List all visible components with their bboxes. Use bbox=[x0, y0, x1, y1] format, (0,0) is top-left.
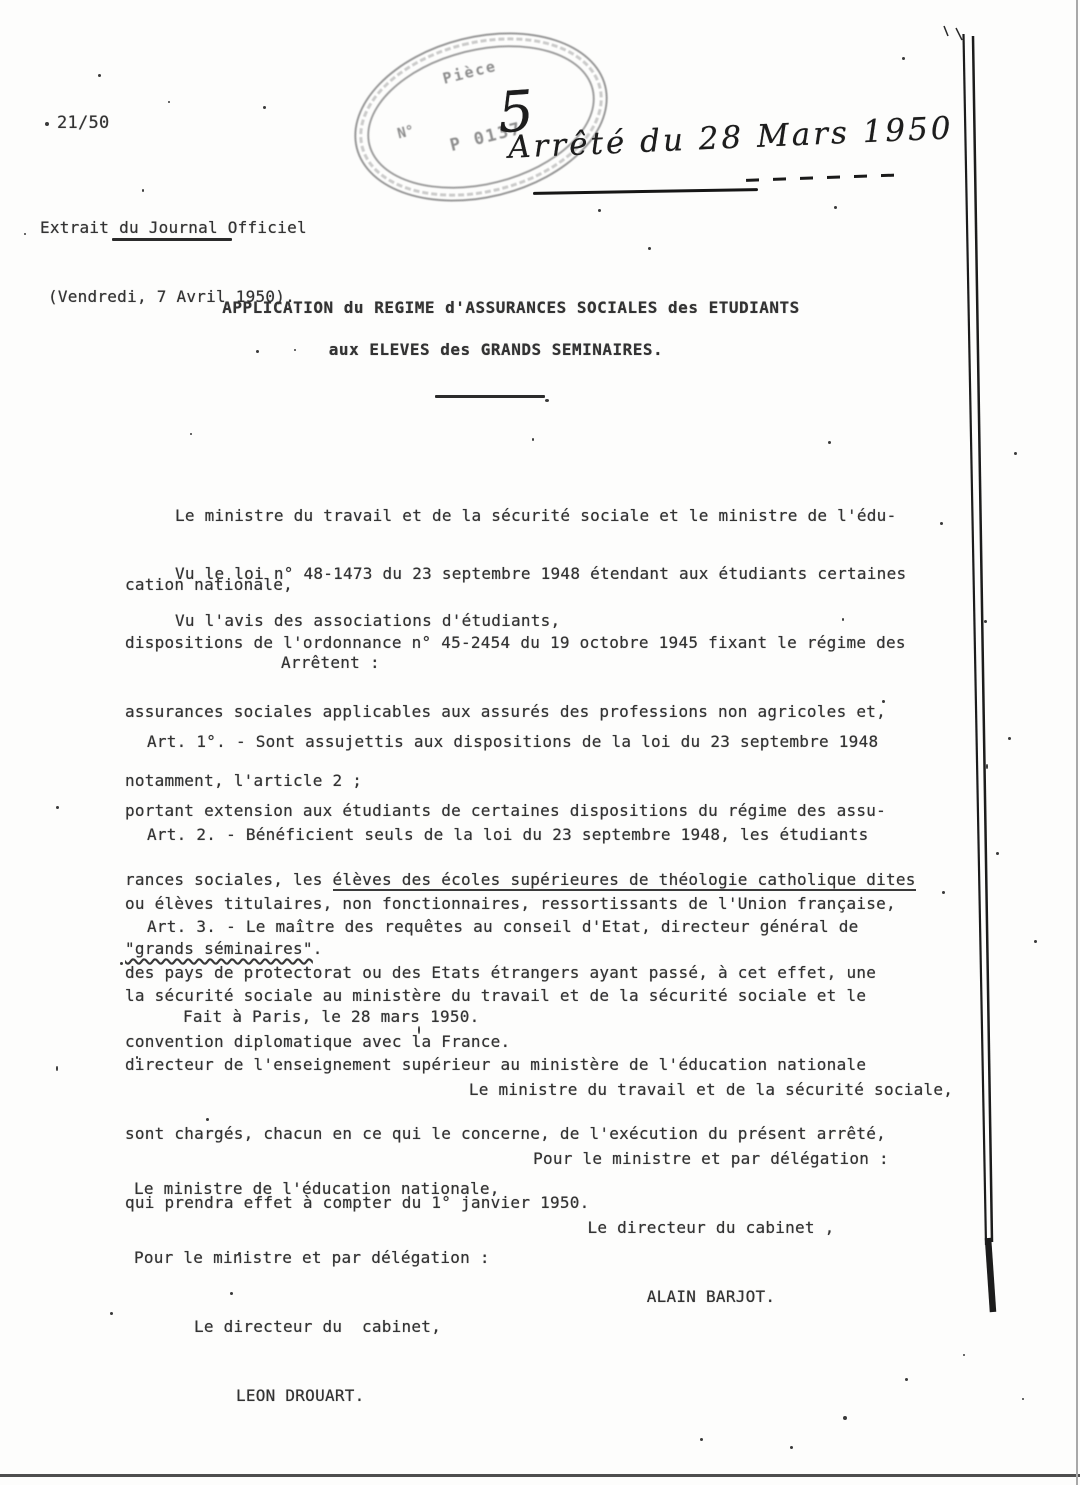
scan-right-edge bbox=[1076, 0, 1078, 1485]
scan-edge-lines bbox=[0, 0, 1080, 1485]
scan-bottom-edge bbox=[0, 1474, 1080, 1477]
scanned-document-page: 21/50 Extrait du Journal Officiel (Vendr… bbox=[0, 0, 1080, 1485]
